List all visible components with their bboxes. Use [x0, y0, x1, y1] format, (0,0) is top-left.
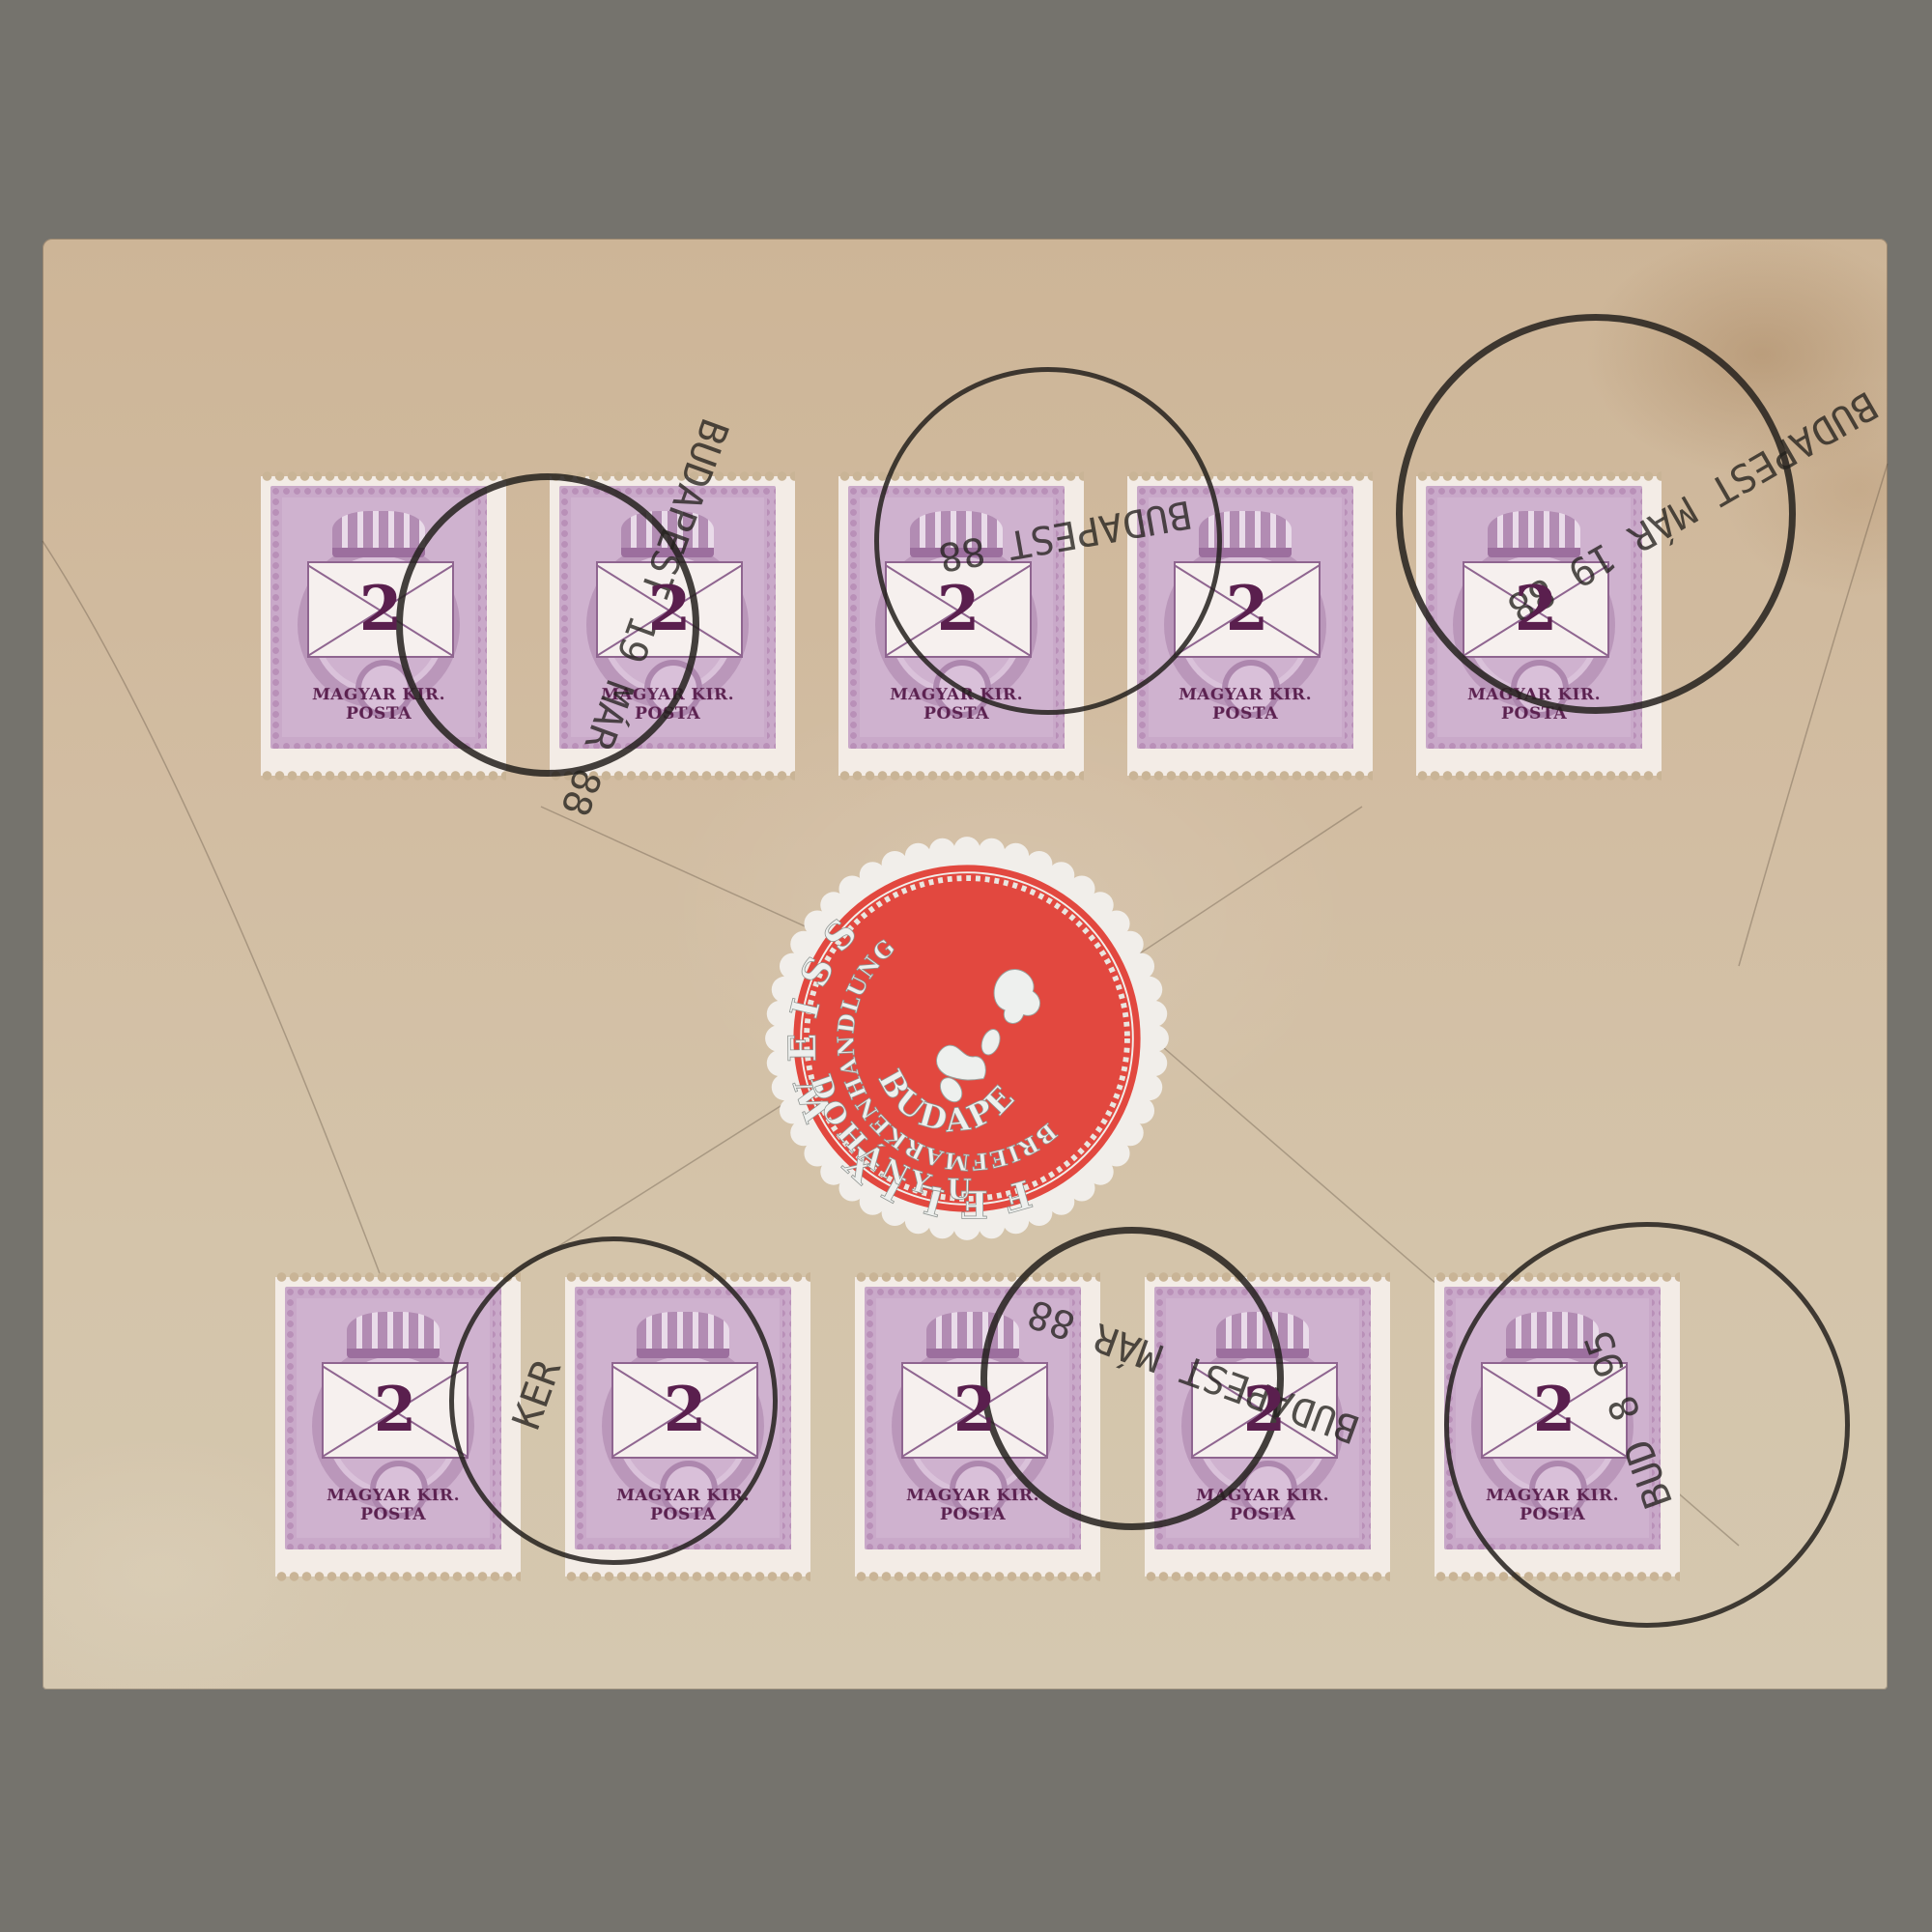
holy-crown-icon: [621, 511, 714, 557]
stamp-value: 2: [613, 1372, 756, 1449]
envelope-icon: 2: [885, 561, 1032, 658]
holy-crown-icon: [332, 511, 425, 557]
stamp-frame: 2 MAGYAR KIR. POSTA: [848, 486, 1065, 749]
perforation-edge: [855, 1272, 1100, 1282]
stamp-legend: MAGYAR KIR. POSTA: [1435, 686, 1633, 724]
stamp-frame: 2 MAGYAR KIR. POSTA: [559, 486, 776, 749]
envelope-icon: 2: [611, 1362, 758, 1459]
postage-stamp: 2 MAGYAR KIR. POSTA: [1145, 1277, 1390, 1577]
stamp-legend: MAGYAR KIR. POSTA: [1454, 1487, 1651, 1524]
stamp-legend: MAGYAR KIR. POSTA: [584, 1487, 781, 1524]
stamp-frame: 2 MAGYAR KIR. POSTA: [285, 1287, 501, 1549]
perforation-edge: [565, 1272, 810, 1282]
perforation-edge: [550, 771, 795, 781]
envelope-icon: 2: [1481, 1362, 1628, 1459]
holy-crown-icon: [637, 1312, 729, 1358]
holy-crown-icon: [1216, 1312, 1309, 1358]
perforation-edge: [261, 471, 506, 481]
envelope-icon: 2: [1191, 1362, 1338, 1459]
envelope-icon: 2: [1463, 561, 1609, 658]
postage-stamp: 2 MAGYAR KIR. POSTA: [1435, 1277, 1680, 1577]
holy-crown-icon: [1488, 511, 1580, 557]
perforation-edge: [1145, 1272, 1390, 1282]
perforation-edge: [1127, 771, 1373, 781]
perforation-edge: [838, 771, 1084, 781]
perforation-edge: [1416, 771, 1662, 781]
stamp-legend: MAGYAR KIR. POSTA: [1147, 686, 1344, 724]
holy-crown-icon: [926, 1312, 1019, 1358]
perforation-edge: [1145, 1572, 1390, 1581]
perforation-edge: [565, 1572, 810, 1581]
stamp-value: 2: [324, 1372, 467, 1449]
envelope-icon: 2: [901, 1362, 1048, 1459]
stamp-frame: 2 MAGYAR KIR. POSTA: [1444, 1287, 1661, 1549]
perforation-edge: [1127, 471, 1373, 481]
stamp-value: 2: [1483, 1372, 1626, 1449]
postage-stamp: 2 MAGYAR KIR. POSTA: [275, 1277, 521, 1577]
perforation-edge: [261, 771, 506, 781]
stamp-legend: MAGYAR KIR. POSTA: [858, 686, 1055, 724]
holy-crown-icon: [347, 1312, 440, 1358]
postage-stamp: 2 MAGYAR KIR. POSTA: [261, 476, 506, 776]
perforation-edge: [275, 1272, 521, 1282]
postage-stamp: 2 MAGYAR KIR. POSTA: [838, 476, 1084, 776]
postage-stamp: 2 MAGYAR KIR. POSTA: [565, 1277, 810, 1577]
perforation-edge: [550, 471, 795, 481]
perforation-edge: [1435, 1272, 1680, 1282]
postage-stamp: 2 MAGYAR KIR. POSTA: [1416, 476, 1662, 776]
stamp-legend: MAGYAR KIR. POSTA: [295, 1487, 492, 1524]
stamp-legend: MAGYAR KIR. POSTA: [280, 686, 477, 724]
postage-stamp: 2 MAGYAR KIR. POSTA: [1127, 476, 1373, 776]
postage-stamp: 2 MAGYAR KIR. POSTA: [550, 476, 795, 776]
perforation-edge: [1416, 471, 1662, 481]
stamp-frame: 2 MAGYAR KIR. POSTA: [575, 1287, 791, 1549]
stamp-legend: MAGYAR KIR. POSTA: [1164, 1487, 1361, 1524]
stamp-value: 2: [309, 571, 452, 648]
wafer-seal: FELIX WEISS BRIEFMARKENHANDLUNG BUDAPEST…: [756, 840, 1178, 1236]
stamp-frame: 2 MAGYAR KIR. POSTA: [270, 486, 487, 749]
stamp-value: 2: [903, 1372, 1046, 1449]
stamp-value: 2: [887, 571, 1030, 648]
stamp-frame: 2 MAGYAR KIR. POSTA: [1154, 1287, 1371, 1549]
postage-stamp: 2 MAGYAR KIR. POSTA: [855, 1277, 1100, 1577]
stamp-legend: MAGYAR KIR. POSTA: [569, 686, 766, 724]
perforation-edge: [1435, 1572, 1680, 1581]
stamp-value: 2: [1193, 1372, 1336, 1449]
stamp-value: 2: [1464, 571, 1607, 648]
stamp-frame: 2 MAGYAR KIR. POSTA: [1137, 486, 1353, 749]
holy-crown-icon: [1506, 1312, 1599, 1358]
holy-crown-icon: [1199, 511, 1292, 557]
stamp-legend: MAGYAR KIR. POSTA: [874, 1487, 1071, 1524]
perforation-edge: [275, 1572, 521, 1581]
stamp-frame: 2 MAGYAR KIR. POSTA: [865, 1287, 1081, 1549]
envelope-icon: 2: [322, 1362, 469, 1459]
perforation-edge: [838, 471, 1084, 481]
envelope-icon: 2: [596, 561, 743, 658]
envelope-icon: 2: [1174, 561, 1321, 658]
stamp-value: 2: [598, 571, 741, 648]
stamp-frame: 2 MAGYAR KIR. POSTA: [1426, 486, 1642, 749]
perforation-edge: [855, 1572, 1100, 1581]
envelope-icon: 2: [307, 561, 454, 658]
stamp-value: 2: [1176, 571, 1319, 648]
cover-photograph: 2 MAGYAR KIR. POSTA 2 MAGYAR KIR. POSTA: [0, 0, 1932, 1932]
holy-crown-icon: [910, 511, 1003, 557]
